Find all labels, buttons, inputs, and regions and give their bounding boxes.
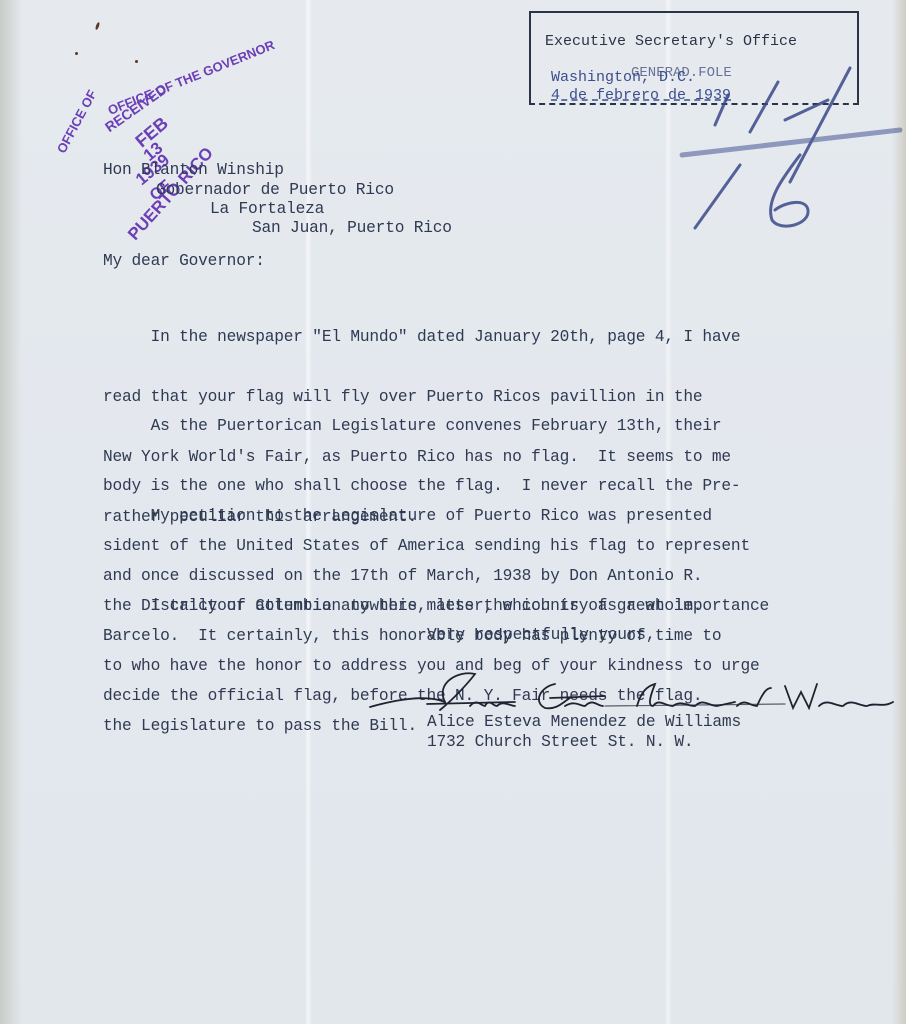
signer-name: Alice Esteva Menendez de Williams — [427, 712, 741, 732]
stamp-title: Executive Secretary's Office — [545, 33, 797, 50]
signer-address: 1732 Church Street St. N. W. — [427, 732, 693, 752]
closing: Very respectfully yours, — [427, 625, 655, 645]
stamp-office-of-text: OFFICE OF — [54, 87, 100, 155]
paper-speck — [75, 52, 78, 55]
salutation: My dear Governor: — [103, 251, 265, 271]
paper-speck — [95, 22, 101, 31]
recipient-line-3: La Fortaleza — [210, 199, 324, 219]
paragraph-line: My petition to the Legislature of Puerto… — [103, 506, 721, 526]
recipient-line-4: San Juan, Puerto Rico — [252, 218, 452, 238]
recipient-line-2: Gobernador de Puerto Rico — [156, 180, 394, 200]
paragraph-line: I callyour attention to this matter, whi… — [103, 596, 769, 616]
paper-speck — [135, 60, 138, 63]
paper-edge-left — [0, 0, 22, 1024]
handwritten-file-number — [660, 60, 906, 240]
letter-page: Executive Secretary's Office Washington,… — [0, 0, 906, 1024]
paragraph-line: In the newspaper "El Mundo" dated Januar… — [103, 327, 740, 347]
paragraph-line: As the Puertorican Legislature convenes … — [103, 416, 750, 436]
recipient-line-1: Hon Blanton Winship — [103, 160, 284, 180]
